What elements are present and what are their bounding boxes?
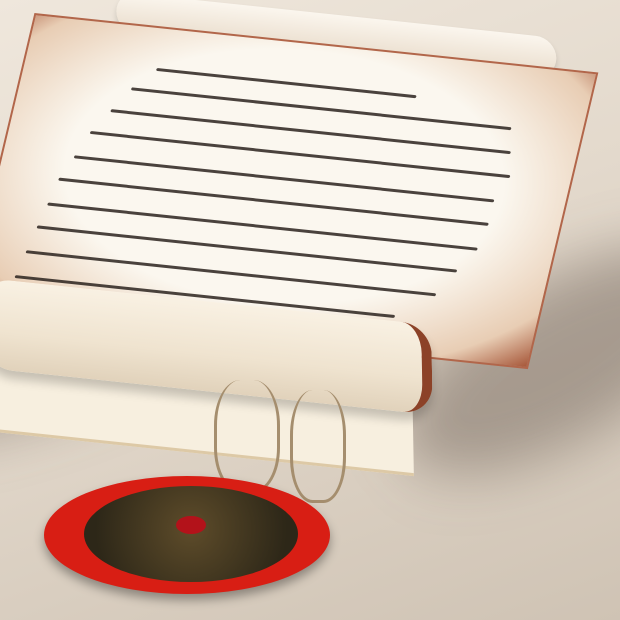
seal-gem — [176, 516, 206, 534]
seal-emblem — [84, 486, 298, 582]
wax-seal — [44, 476, 330, 594]
twine-cord — [214, 380, 280, 493]
photo-scene: Photograph of a rolled parchment scroll … — [0, 0, 620, 620]
twine-cord — [290, 390, 346, 503]
